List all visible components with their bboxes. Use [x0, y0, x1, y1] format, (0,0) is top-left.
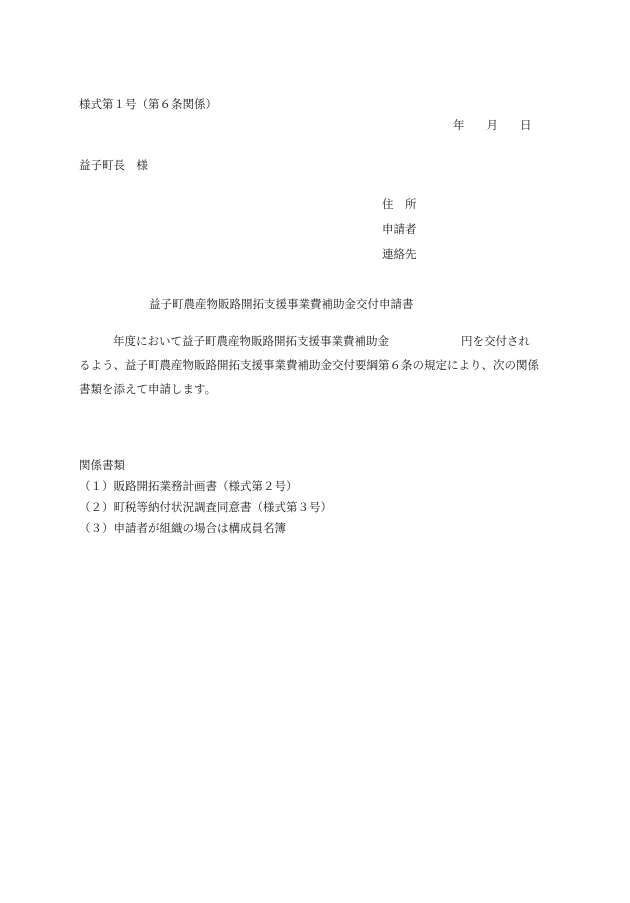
month-label: 月 [487, 118, 499, 132]
document-page: { "document": { "form_number": "様式第１号（第６… [0, 0, 630, 903]
address-label: 住 所 [382, 197, 417, 211]
attachment-item: （２）町税等納付状況調査同意書（様式第３号） [79, 500, 332, 514]
body-line-1: 年度において益子町農産物販路開拓支援事業費補助金円を交付され [79, 334, 554, 348]
contact-label: 連絡先 [382, 247, 417, 261]
body-line-3: 書類を添えて申請します。 [79, 382, 554, 396]
body-text: 年度において益子町農産物販路開拓支援事業費補助金円を交付され るよう、益子町農産… [79, 334, 554, 396]
day-label: 日 [520, 118, 532, 132]
document-title: 益子町農産物販路開拓支援事業費補助金交付申請書 [149, 297, 414, 311]
year-label: 年 [453, 118, 465, 132]
attachment-item: （１）販路開拓業務計画書（様式第２号） [79, 479, 332, 493]
body-line-1-suffix: 円を交付され [461, 334, 530, 348]
applicant-label: 申請者 [382, 222, 417, 236]
date-line: 年月日 [453, 118, 532, 132]
body-line-2: るよう、益子町農産物販路開拓支援事業費補助金交付要綱第６条の規定により、次の関係 [79, 358, 554, 372]
attachment-item: （３）申請者が組織の場合は構成員名簿 [79, 521, 332, 535]
body-line-1-prefix: 年度において益子町農産物販路開拓支援事業費補助金 [113, 334, 389, 348]
form-number: 様式第１号（第６条関係） [79, 97, 217, 111]
attachments-heading: 関係書類 [79, 458, 332, 472]
applicant-block: 住 所 申請者 連絡先 [382, 197, 417, 261]
attachments-section: 関係書類 （１）販路開拓業務計画書（様式第２号） （２）町税等納付状況調査同意書… [79, 458, 332, 535]
addressee: 益子町長 様 [79, 158, 148, 172]
